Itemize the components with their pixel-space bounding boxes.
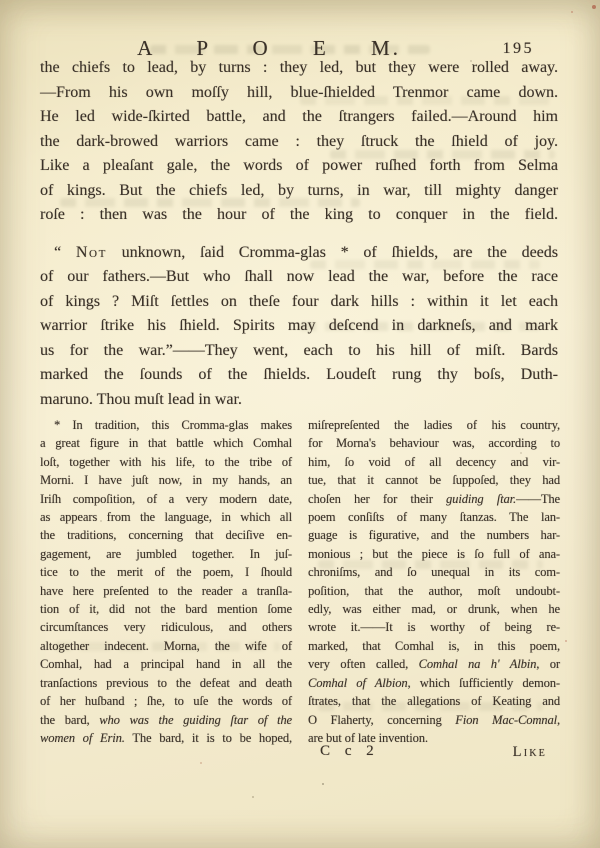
text-line: roſe : then was the hour of the king to … bbox=[40, 203, 558, 228]
text-line: chroniſms, and ſo unequal in its com- bbox=[308, 563, 560, 581]
text-line: Comhal of Albion, which ſufficiently dem… bbox=[308, 674, 560, 692]
text-line: marked the ſounds of the ſhields. Loudeſ… bbox=[40, 363, 558, 388]
text-line: Comhal, had a principal hand in all the bbox=[40, 655, 292, 673]
text-line: warrior ſtrike his ſhield. Spirits may d… bbox=[40, 314, 558, 339]
text-line: him, ſo void of all decency and vir- bbox=[308, 453, 560, 471]
text-line: tice to the merit of the poem, I ſhould bbox=[40, 563, 292, 581]
signature-mark: C c 2 bbox=[320, 743, 375, 760]
text-line: ſtrates, that the allegations of Keating… bbox=[308, 692, 560, 710]
text-line: * In tradition, this Cromma-glas makes bbox=[40, 416, 292, 434]
text-line: —From his own moſſy hill, blue-ſhielded … bbox=[40, 81, 558, 106]
text-line: of our fathers.—But who ſhall now lead t… bbox=[40, 265, 558, 290]
text-line: altogether indecent. Morna, the wife of bbox=[40, 637, 292, 655]
paper-speckles bbox=[0, 0, 2, 2]
text-line: the bard, who was the guiding ſtar of th… bbox=[40, 711, 292, 729]
text-line: us for the war.”——They went, each to his… bbox=[40, 339, 558, 364]
text-line: the chiefs to lead, by turns : they led,… bbox=[40, 56, 558, 81]
text-line: poſition, that the author, moſt undoubt- bbox=[308, 582, 560, 600]
book-page-scan: A P O E M. 195 the chiefs to lead, by tu… bbox=[0, 0, 600, 848]
text-line: loſt, together with his life, to the tri… bbox=[40, 453, 292, 471]
text-line: a great figure in that battle which Comh… bbox=[40, 434, 292, 452]
text-line: the dark-browed warriors came : they ſtr… bbox=[40, 130, 558, 155]
text-line: O Flaherty, concerning Fion Mac-Comnal, bbox=[308, 711, 560, 729]
footnote-left-column: * In tradition, this Cromma-glas makesa … bbox=[40, 416, 292, 747]
poem-body: the chiefs to lead, by turns : they led,… bbox=[40, 56, 558, 412]
text-line: very often called, Comhal na h' Albin, o… bbox=[308, 655, 560, 673]
text-line: Like a pleaſant gale, the words of power… bbox=[40, 154, 558, 179]
text-line: for Morna's behaviour was, according to bbox=[308, 434, 560, 452]
text-line: marked, that Comhal is, in this poem, bbox=[308, 637, 560, 655]
text-line: He led wide-ſkirted battle, and the ſtra… bbox=[40, 105, 558, 130]
text-line: miſrepreſented the ladies of his country… bbox=[308, 416, 560, 434]
text-line: poem conſiſts of many ſtanzas. The lan- bbox=[308, 508, 560, 526]
text-line: “ Not unknown, ſaid Cromma-glas * of ſhi… bbox=[40, 241, 558, 266]
text-line: circumſtances very ridiculous, and other… bbox=[40, 618, 292, 636]
text-line: maruno. Thou muſt lead in war. bbox=[40, 388, 558, 413]
text-line: Morni. I have juſt now, in my hands, an bbox=[40, 471, 292, 489]
text-line: of her huſband ; ſhe, to uſe the words o… bbox=[40, 692, 292, 710]
text-line: the traditions, concerning that deciſive… bbox=[40, 526, 292, 544]
text-line: monious ; but the piece is ſo full of an… bbox=[308, 545, 560, 563]
text-line: of kings. But the chiefs led, by turns, … bbox=[40, 179, 558, 204]
paragraph: “ Not unknown, ſaid Cromma-glas * of ſhi… bbox=[40, 241, 558, 413]
text-line: tion of it, did not the bard mention ſom… bbox=[40, 600, 292, 618]
footnote-right-column: miſrepreſented the ladies of his country… bbox=[308, 416, 560, 747]
text-line: tue, that it cannot be ſuppoſed, they ha… bbox=[308, 471, 560, 489]
text-line: tranſactions previous to the defeat and … bbox=[40, 674, 292, 692]
text-line: of kings ? Miſt ſettles on theſe four da… bbox=[40, 290, 558, 315]
text-line: wrote it.——It is worthy of being re- bbox=[308, 618, 560, 636]
text-line: edly, was either mad, or drunk, when he bbox=[308, 600, 560, 618]
catchword: Like bbox=[513, 744, 547, 761]
text-line: guage is figurative, and the numbers har… bbox=[308, 526, 560, 544]
footnote: * In tradition, this Cromma-glas makesa … bbox=[40, 416, 560, 747]
text-line: Iriſh compoſition, of a very modern date… bbox=[40, 490, 292, 508]
paragraph: the chiefs to lead, by turns : they led,… bbox=[40, 56, 558, 228]
text-line: gagement, are jumbled together. In juſ- bbox=[40, 545, 292, 563]
text-line: women of Erin. The bard, it is to be hop… bbox=[40, 729, 292, 747]
text-line: have here preſented to the reader a tran… bbox=[40, 582, 292, 600]
text-line: as appears from the language, in which a… bbox=[40, 508, 292, 526]
text-line: choſen her for their guiding ſtar.——The bbox=[308, 490, 560, 508]
